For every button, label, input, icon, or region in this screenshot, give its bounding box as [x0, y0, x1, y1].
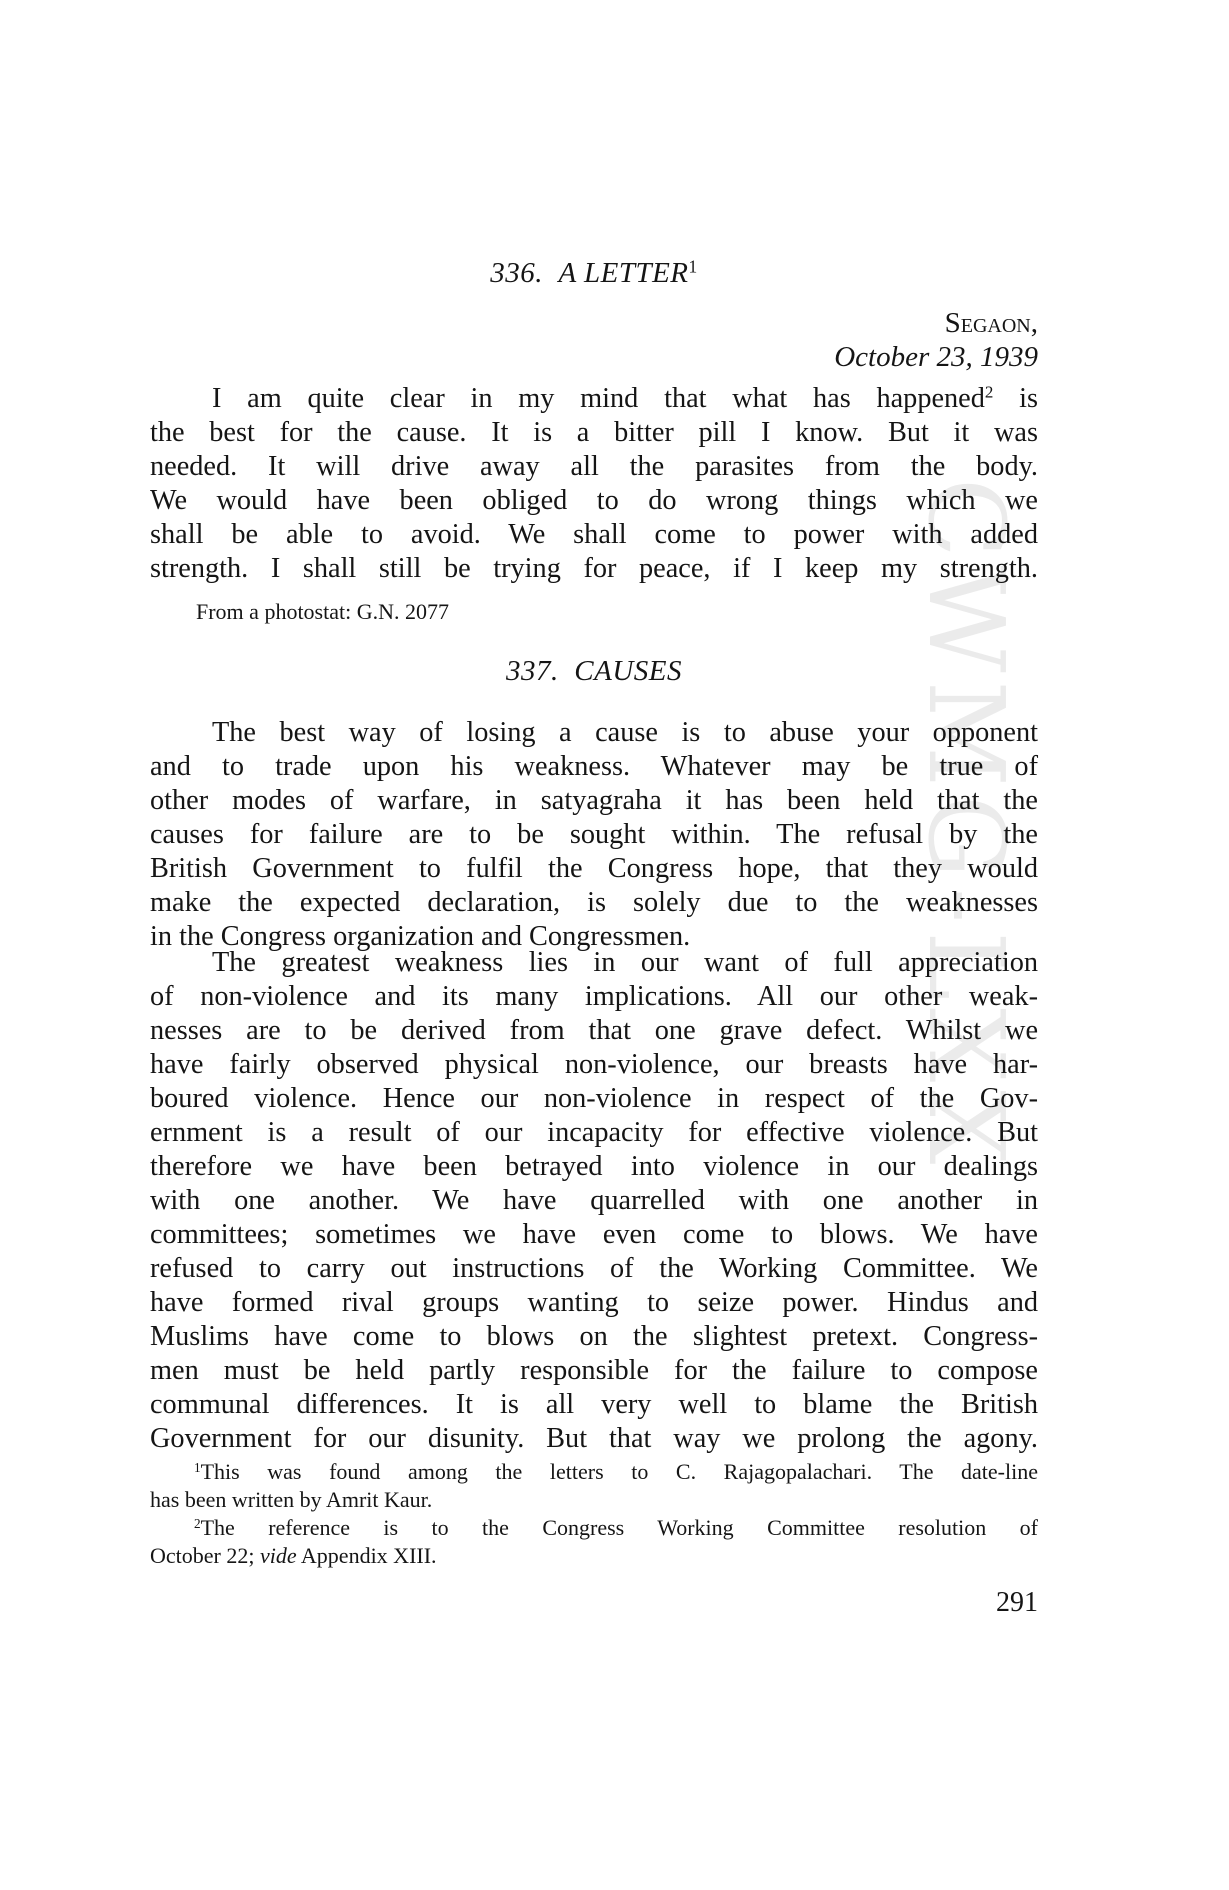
footnote-line: has been written by Amrit Kaur.: [150, 1486, 1038, 1514]
footnote-ref-1[interactable]: 1: [689, 256, 698, 276]
text-line: We would have been obliged to do wrong t…: [150, 484, 1038, 518]
footnote-2: 2The reference is to the Congress Workin…: [150, 1514, 1038, 1570]
text-line: shall be able to avoid. We shall come to…: [150, 518, 1038, 552]
text-line: Muslims have come to blows on the slight…: [150, 1320, 1038, 1354]
letter-place: Segaon,: [945, 306, 1038, 340]
section-336-title: A LETTER: [559, 257, 689, 289]
letter-date: October 23, 1939: [834, 340, 1038, 374]
text-line: men must be held partly responsible for …: [150, 1354, 1038, 1388]
text-line: with one another. We have quarrelled wit…: [150, 1184, 1038, 1218]
page-number: 291: [996, 1586, 1038, 1620]
section-337-title: CAUSES: [574, 655, 682, 687]
footnote-line: October 22; vide Appendix XIII.: [150, 1542, 1038, 1570]
text-line: other modes of warfare, in satyagraha it…: [150, 784, 1038, 818]
letter-paragraph: I am quite clear in my mind that what ha…: [150, 382, 1038, 586]
causes-paragraph-2: The greatest weakness lies in our want o…: [150, 946, 1038, 1456]
source-citation: From a photostat: G.N. 2077: [196, 597, 449, 627]
causes-paragraph-1: The best way of losing a cause is to abu…: [150, 716, 1038, 954]
vide-italic: vide: [260, 1543, 297, 1568]
footnote-1: 1This was found among the letters to C. …: [150, 1458, 1038, 1514]
text-line: and to trade upon his weakness. Whatever…: [150, 750, 1038, 784]
footnote-marker: 2: [194, 1516, 201, 1531]
text-line: the best for the cause. It is a bitter p…: [150, 416, 1038, 450]
text-line: causes for failure are to be sought with…: [150, 818, 1038, 852]
text-line: refused to carry out instructions of the…: [150, 1252, 1038, 1286]
section-337-heading: 337. CAUSES: [150, 654, 1038, 688]
text-line: boured violence. Hence our non-violence …: [150, 1082, 1038, 1116]
text-line: needed. It will drive away all the paras…: [150, 450, 1038, 484]
footnote-line: 1This was found among the letters to C. …: [150, 1458, 1038, 1486]
text-line: I am quite clear in my mind that what ha…: [150, 382, 1038, 416]
text-line: ernment is a result of our incapacity fo…: [150, 1116, 1038, 1150]
text-line: have fairly observed physical non-violen…: [150, 1048, 1038, 1082]
section-336-heading: 336. A LETTER1: [150, 256, 1038, 290]
text-line: Government for our disunity. But that wa…: [150, 1422, 1038, 1456]
text-line: committees; sometimes we have even come …: [150, 1218, 1038, 1252]
text-line: strength. I shall still be trying for pe…: [150, 552, 1038, 586]
section-336-number: 336.: [490, 257, 543, 289]
text-line: The best way of losing a cause is to abu…: [150, 716, 1038, 750]
text-line: nesses are to be derived from that one g…: [150, 1014, 1038, 1048]
text-line: communal differences. It is all very wel…: [150, 1388, 1038, 1422]
text-line: The greatest weakness lies in our want o…: [150, 946, 1038, 980]
text-line: make the expected declaration, is solely…: [150, 886, 1038, 920]
text-line: of non-violence and its many implication…: [150, 980, 1038, 1014]
section-337-number: 337.: [506, 655, 559, 687]
text-line: therefore we have been betrayed into vio…: [150, 1150, 1038, 1184]
document-page: 336. A LETTER1 Segaon, October 23, 1939 …: [150, 0, 1038, 1890]
footnote-line: 2The reference is to the Congress Workin…: [150, 1514, 1038, 1542]
text-line: have formed rival groups wanting to seiz…: [150, 1286, 1038, 1320]
text-line: British Government to fulfil the Congres…: [150, 852, 1038, 886]
footnote-marker: 1: [194, 1460, 201, 1475]
